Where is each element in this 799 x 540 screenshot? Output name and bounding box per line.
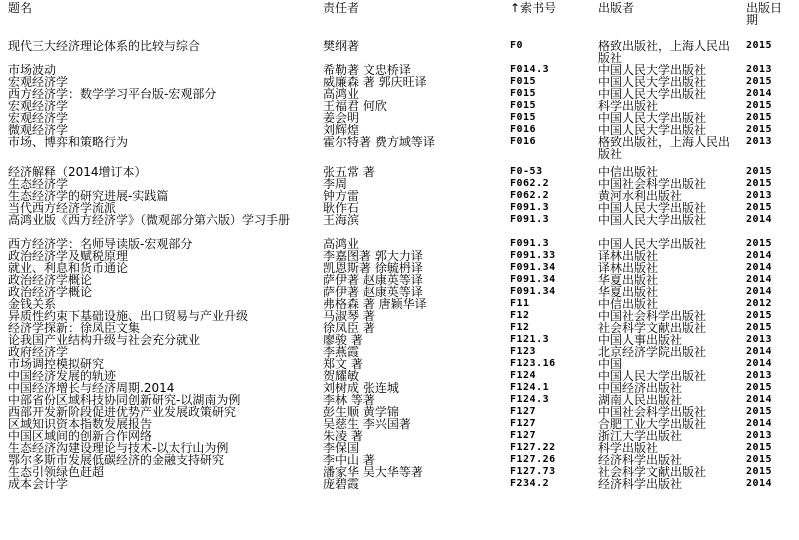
- row-date: 2014: [746, 250, 772, 262]
- table-row[interactable]: 政府经济学李燕霞F123北京经济学院出版社2014: [0, 346, 799, 358]
- row-call-number: F124: [510, 370, 536, 382]
- row-call-number: F127: [510, 406, 536, 418]
- row-date: 2014: [746, 358, 772, 370]
- column-header-date[interactable]: 出版日期: [746, 2, 786, 26]
- row-responsible: 霍尔特著 费方域等译: [323, 136, 435, 148]
- column-header-title[interactable]: 题名: [8, 2, 32, 14]
- row-date: 2015: [746, 40, 772, 52]
- row-date: 2013: [746, 334, 772, 346]
- row-call-number: F127.26: [510, 454, 556, 466]
- row-call-number: F091.3: [510, 238, 549, 250]
- row-publisher: 经济科学出版社: [598, 478, 738, 490]
- row-title[interactable]: 高鸿业版《西方经济学》（微观部分第六版）学习手册: [8, 214, 308, 226]
- row-date: 2014: [746, 286, 772, 298]
- row-call-number: F234.2: [510, 478, 549, 490]
- row-date: 2014: [746, 394, 772, 406]
- row-date: 2015: [746, 76, 772, 88]
- table-row[interactable]: 市场、博弈和策略行为霍尔特著 费方域等译F016格致出版社，上海人民出版社201…: [0, 136, 799, 148]
- row-call-number: F016: [510, 124, 536, 136]
- row-title[interactable]: 市场、博弈和策略行为: [8, 136, 308, 148]
- row-date: 2015: [746, 382, 772, 394]
- row-date: 2015: [746, 454, 772, 466]
- column-header-publisher[interactable]: 出版者: [598, 2, 634, 14]
- column-header-call-number[interactable]: ↑索书号: [510, 2, 556, 14]
- row-date: 2015: [746, 466, 772, 478]
- sort-ascending-icon: ↑: [510, 1, 520, 15]
- table-row[interactable]: 西方经济学：数学学习平台版-宏观部分高鸿业F015中国人民大学出版社2014: [0, 88, 799, 100]
- row-call-number: F062.2: [510, 190, 549, 202]
- row-date: 2015: [746, 442, 772, 454]
- row-publisher: 格致出版社，上海人民出版社: [598, 136, 738, 160]
- row-call-number: F127.22: [510, 442, 556, 454]
- row-call-number: F123: [510, 346, 536, 358]
- row-call-number: F016: [510, 136, 536, 148]
- row-date: 2013: [746, 64, 772, 76]
- row-call-number: F121.3: [510, 334, 549, 346]
- row-call-number: F091.3: [510, 202, 549, 214]
- row-date: 2015: [746, 322, 772, 334]
- row-call-number: F0-53: [510, 166, 543, 178]
- row-date: 2013: [746, 190, 772, 202]
- row-call-number: F015: [510, 76, 536, 88]
- table-row[interactable]: 现代三大经济理论体系的比较与综合樊纲著F0格致出版社，上海人民出版社2015: [0, 40, 799, 52]
- row-date: 2015: [746, 238, 772, 250]
- row-call-number: F127: [510, 430, 536, 442]
- row-date: 2013: [746, 370, 772, 382]
- row-date: 2015: [746, 124, 772, 136]
- row-call-number: F0: [510, 40, 523, 52]
- row-date: 2013: [746, 430, 772, 442]
- row-call-number: F127: [510, 418, 536, 430]
- row-date: 2015: [746, 178, 772, 190]
- row-call-number: F091.33: [510, 250, 556, 262]
- row-publisher: 格致出版社，上海人民出版社: [598, 40, 738, 64]
- row-call-number: F015: [510, 100, 536, 112]
- column-header-call-number-label: 索书号: [520, 1, 556, 15]
- row-date: 2013: [746, 136, 772, 148]
- row-call-number: F124.3: [510, 394, 549, 406]
- row-date: 2015: [746, 202, 772, 214]
- table-row[interactable]: 成本会计学庞碧霞F234.2经济科学出版社2014: [0, 478, 799, 490]
- row-call-number: F091.34: [510, 274, 556, 286]
- row-responsible: 樊纲著: [323, 40, 359, 52]
- row-call-number: F11: [510, 298, 530, 310]
- row-date: 2015: [746, 100, 772, 112]
- row-date: 2014: [746, 262, 772, 274]
- row-date: 2015: [746, 310, 772, 322]
- row-date: 2014: [746, 88, 772, 100]
- row-call-number: F091.34: [510, 262, 556, 274]
- table-header: 题名 责任者 ↑索书号 出版者 出版日期: [0, 0, 799, 30]
- row-call-number: F091.3: [510, 214, 549, 226]
- row-date: 2015: [746, 112, 772, 124]
- row-responsible: 庞碧霞: [323, 478, 359, 490]
- row-date: 2014: [746, 214, 772, 226]
- row-title[interactable]: 成本会计学: [8, 478, 308, 490]
- row-call-number: F123.16: [510, 358, 556, 370]
- row-call-number: F12: [510, 322, 530, 334]
- row-date: 2014: [746, 346, 772, 358]
- column-header-responsible[interactable]: 责任者: [323, 2, 359, 14]
- row-publisher: 中国人民大学出版社: [598, 214, 738, 226]
- row-call-number: F062.2: [510, 178, 549, 190]
- row-call-number: F127.73: [510, 466, 556, 478]
- row-date: 2012: [746, 298, 772, 310]
- table-row[interactable]: 高鸿业版《西方经济学》（微观部分第六版）学习手册王海滨F091.3中国人民大学出…: [0, 214, 799, 226]
- row-call-number: F015: [510, 112, 536, 124]
- row-call-number: F015: [510, 88, 536, 100]
- row-date: 2014: [746, 478, 772, 490]
- row-call-number: F124.1: [510, 382, 549, 394]
- row-date: 2014: [746, 274, 772, 286]
- row-date: 2015: [746, 406, 772, 418]
- row-responsible: 王海滨: [323, 214, 359, 226]
- row-date: 2015: [746, 166, 772, 178]
- row-call-number: F091.34: [510, 286, 556, 298]
- row-call-number: F12: [510, 310, 530, 322]
- row-date: 2014: [746, 418, 772, 430]
- row-call-number: F014.3: [510, 64, 549, 76]
- row-title[interactable]: 现代三大经济理论体系的比较与综合: [8, 40, 308, 52]
